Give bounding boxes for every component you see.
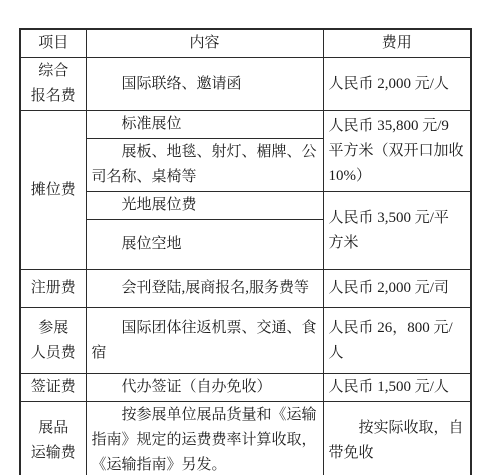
header-fee-cell: 费用	[323, 29, 471, 58]
booth-standard-fee-cell: 人民币 35,800 元/9 平方米（双开口加收 10%）	[323, 111, 471, 192]
freight-fee-cell: 按实际收取，自 带免收	[323, 402, 471, 475]
row-registration: 注册费 会刊登陆,展商报名,服务费等 人民币 2,000 元/司	[20, 270, 471, 308]
booth-rawspace-fee-cell: 人民币 3,500 元/平 方米	[323, 192, 471, 270]
booth-item-cell: 摊位费	[20, 111, 86, 270]
visa-fee-cell: 人民币 1,500 元/人	[323, 374, 471, 402]
page: 项目 内容 费用 综合 报名费 国际联络、邀请函 人民币 2,000 元/人 摊…	[0, 0, 494, 475]
table-header-row: 项目 内容 费用	[20, 29, 471, 58]
exhibition-fee-table: 项目 内容 费用 综合 报名费 国际联络、邀请函 人民币 2,000 元/人 摊…	[19, 28, 472, 475]
booth-standard-label-cell: 标准展位	[86, 111, 323, 139]
registration-item-cell: 注册费	[20, 270, 86, 308]
header-content-cell: 内容	[86, 29, 323, 58]
row-comprehensive: 综合 报名费 国际联络、邀请函 人民币 2,000 元/人	[20, 58, 471, 111]
visa-item-cell: 签证费	[20, 374, 86, 402]
booth-rawspace-label-cell: 展位空地	[86, 220, 323, 270]
registration-content-cell: 会刊登陆,展商报名,服务费等	[86, 270, 323, 308]
personnel-item-cell: 参展 人员费	[20, 308, 86, 374]
row-freight: 展品 运输费 按参展单位展品货量和《运输 指南》规定的运费费率计算收取， 《运输…	[20, 402, 471, 475]
row-booth-rawspace-fee: 光地展位费 人民币 3,500 元/平 方米	[20, 192, 471, 220]
personnel-content-cell: 国际团体往返机票、交通、食 宿	[86, 308, 323, 374]
header-item-cell: 项目	[20, 29, 86, 58]
row-personnel: 参展 人员费 国际团体往返机票、交通、食 宿 人民币 26，800 元/ 人	[20, 308, 471, 374]
comprehensive-content-cell: 国际联络、邀请函	[86, 58, 323, 111]
freight-content-cell: 按参展单位展品货量和《运输 指南》规定的运费费率计算收取， 《运输指南》另发。	[86, 402, 323, 475]
row-booth-standard: 摊位费 标准展位 人民币 35,800 元/9 平方米（双开口加收 10%）	[20, 111, 471, 139]
registration-fee-cell: 人民币 2,000 元/司	[323, 270, 471, 308]
comprehensive-item-cell: 综合 报名费	[20, 58, 86, 111]
visa-content-cell: 代办签证（自办免收）	[86, 374, 323, 402]
booth-rawspace-fee-label-cell: 光地展位费	[86, 192, 323, 220]
personnel-fee-cell: 人民币 26，800 元/ 人	[323, 308, 471, 374]
row-visa: 签证费 代办签证（自办免收） 人民币 1,500 元/人	[20, 374, 471, 402]
booth-includes-cell: 展板、地毯、射灯、楣牌、公 司名称、桌椅等	[86, 139, 323, 192]
freight-item-cell: 展品 运输费	[20, 402, 86, 475]
comprehensive-fee-cell: 人民币 2,000 元/人	[323, 58, 471, 111]
